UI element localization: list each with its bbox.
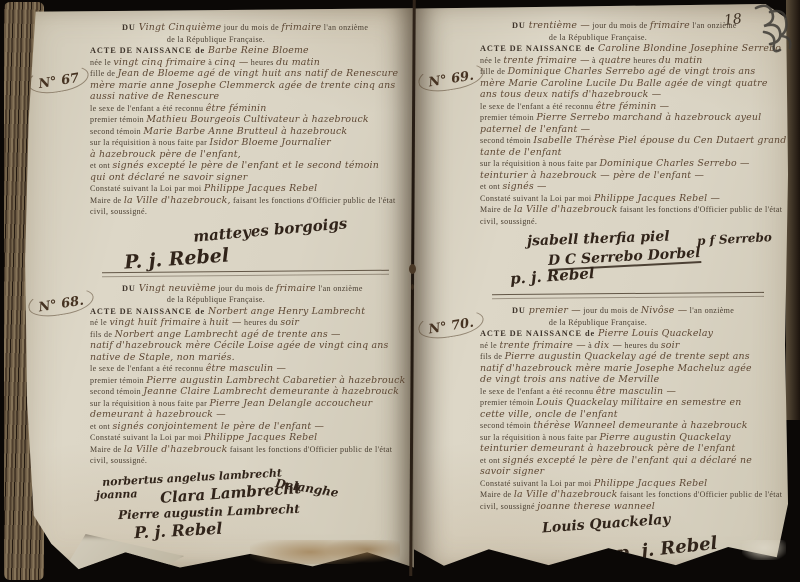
handwritten-text: qui ont déclaré ne savoir signer: [90, 172, 248, 183]
act-line: premier témoin Pierre Serrebo marchand à…: [480, 112, 776, 124]
printed-text: de la République Française.: [549, 33, 647, 42]
act-text: DU trentième — jour du mois de frimaire …: [480, 20, 776, 227]
handwritten-text: la Ville d'hazebrouck,: [124, 195, 231, 206]
handwritten-text: Pierre Jean Delangle accoucheur: [209, 398, 372, 409]
handwritten-text: trente frimaire —: [499, 340, 585, 351]
act-line: le sexe de l'enfant a été reconnu être f…: [480, 101, 776, 113]
printed-text: l'an onzième: [321, 23, 368, 32]
act-divider: [492, 292, 764, 299]
handwritten-text: Philippe Jacques Rebel —: [594, 193, 720, 204]
signature: jsabell therfia piel: [527, 229, 670, 250]
act-line: et ont signés excepté le père de l'enfan…: [90, 160, 402, 172]
handwritten-text: Philippe Jacques Rebel: [594, 478, 707, 489]
handwritten-text: Pierre augustin Lambrecht Cabaretier à h…: [146, 375, 405, 386]
printed-text: premier témoin: [90, 376, 146, 385]
printed-text: fille de: [480, 67, 508, 76]
printed-text: Constaté suivant la Loi par moi: [480, 479, 594, 488]
printed-text: le sexe de l'enfant a été reconnu: [90, 364, 206, 373]
signature: P. j. Rebel: [133, 518, 222, 542]
act-line: ACTE DE NAISSANCE de Barbe Reine Bloeme: [90, 45, 402, 57]
act-line: Constaté suivant la Loi par moi Philippe…: [90, 183, 402, 195]
signature: p f Serrebo: [696, 230, 772, 248]
printed-text: et ont: [480, 182, 502, 191]
printed-text: sur la réquisition à nous faite par: [480, 433, 599, 442]
ink-scribble-icon: [736, 2, 794, 62]
printed-text: Maire de: [480, 490, 514, 499]
printed-text: second témoin: [480, 421, 533, 430]
act-line: et ont signés —: [480, 181, 776, 193]
handwritten-text: de vingt trois ans native de Merville: [480, 374, 659, 385]
printed-text: sur la réquisition à nous faite par: [480, 159, 599, 168]
act-line: né le vingt huit frimaire à huit — heure…: [90, 317, 402, 329]
printed-text: le sexe de l'enfant a été reconnu: [480, 102, 596, 111]
handwritten-text: Jeanne Claire Lambrecht demeurante à haz…: [143, 386, 399, 397]
printed-text: ACTE DE NAISSANCE de: [90, 46, 208, 55]
printed-text: civil, soussigné: [480, 502, 537, 511]
act-line: sur la réquisition à nous faite par Domi…: [480, 158, 776, 170]
printed-text: le sexe de l'enfant a été reconnu: [480, 387, 596, 396]
act-line: teinturier à hazebrouck — père de l'enfa…: [480, 170, 776, 182]
act-line: de la République Française.: [480, 32, 776, 44]
printed-text: le sexe de l'enfant a été reconnu: [90, 104, 206, 113]
printed-text: second témoin: [90, 387, 143, 396]
signature: joanna: [96, 487, 138, 501]
handwritten-text: du matin: [276, 57, 320, 68]
handwritten-text: Norbert ange Henry Lambrecht: [208, 306, 365, 317]
act-line: premier témoin Louis Quackelay militaire…: [480, 397, 776, 409]
handwritten-text: la Ville d'hazebrouck: [514, 204, 618, 215]
printed-text: née le: [90, 58, 113, 67]
act-line: Constaté suivant la Loi par moi Philippe…: [480, 193, 776, 205]
act-line: ans tous deux natifs d'hazebrouck —: [480, 89, 776, 101]
act-margin-number: N° 67: [26, 61, 90, 96]
handwritten-text: la Ville d'hazebrouck: [124, 444, 228, 455]
handwritten-text: mère Marie Caroline Lucile Du Balle agée…: [480, 78, 768, 89]
printed-text: second témoin: [480, 136, 533, 145]
right-page-content: N° 69. DU trentième — jour du mois de fr…: [414, 4, 788, 558]
act-line: ACTE DE NAISSANCE de Caroline Blondine J…: [480, 43, 776, 55]
handwritten-text: frimaire: [281, 22, 321, 33]
handwritten-text: être masculin —: [596, 386, 676, 397]
act-line: demeurant à hazebrouck —: [90, 409, 402, 421]
printed-text: jour du mois de: [216, 284, 276, 293]
act-line: cette ville, oncle de l'enfant: [480, 409, 776, 421]
handwritten-text: Norbert ange Lambrecht agé de trente ans…: [115, 329, 341, 340]
handwritten-text: thérèse Wanneel demeurante à hazebrouck: [533, 420, 747, 431]
handwritten-text: quatre: [598, 55, 631, 66]
handwritten-text: la Ville d'hazebrouck: [514, 489, 618, 500]
printed-text: faisant les fonctions d'Officier public …: [618, 205, 783, 214]
handwritten-text: paternel de l'enfant —: [480, 124, 590, 135]
left-page: N° 67 DU Vingt Cinquième jour du mois de…: [24, 6, 414, 572]
handwritten-text: Vingt neuvième: [139, 283, 216, 294]
handwritten-text: Dominique Charles Serrebo agé de vingt t…: [508, 66, 756, 77]
act-line: le sexe de l'enfant a été reconnu être m…: [480, 386, 776, 398]
act-text: DU premier — jour du mois de Nivôse — l'…: [480, 305, 776, 512]
handwritten-text: signés conjointement le père de l'enfant…: [112, 421, 324, 432]
handwritten-text: native de Staple, non mariés.: [90, 352, 235, 363]
act-line: né le trente frimaire — à dix — heures d…: [480, 340, 776, 352]
handwritten-text: frimaire: [276, 283, 316, 294]
handwritten-text: du matin: [659, 55, 703, 66]
handwritten-text: demeurant à hazebrouck —: [90, 409, 226, 420]
signature: Louis Quackelay: [542, 512, 671, 537]
handwritten-text: Pierre Louis Quackelay: [598, 328, 713, 339]
printed-text: à: [206, 58, 215, 67]
printed-text: premier témoin: [480, 113, 536, 122]
handwritten-text: teinturier à hazebrouck — père de l'enfa…: [480, 170, 704, 181]
handwritten-text: Vingt Cinquième: [139, 22, 222, 33]
printed-text: l'an onzième: [687, 306, 734, 315]
handwritten-text: être féminin: [206, 103, 267, 114]
act-text: DU Vingt Cinquième jour du mois de frima…: [90, 22, 402, 218]
act-line: sur la réquisition à nous faite par Pier…: [480, 432, 776, 444]
printed-text: fils de: [480, 352, 505, 361]
handwritten-text: huit —: [209, 317, 241, 328]
act-line: le sexe de l'enfant a été reconnu être m…: [90, 363, 402, 375]
printed-text: de la République Française.: [167, 295, 265, 304]
printed-text: à: [590, 56, 599, 65]
handwritten-text: Pierre augustin Quackelay agé de trente …: [505, 351, 750, 362]
handwritten-text: soir: [661, 340, 680, 351]
handwritten-text: tante de l'enfant: [480, 147, 562, 158]
paper-stain: [250, 540, 400, 564]
act-line: DU Vingt Cinquième jour du mois de frima…: [90, 22, 402, 34]
printed-text: Constaté suivant la Loi par moi: [90, 433, 204, 442]
act-line: de vingt trois ans native de Merville: [480, 374, 776, 386]
printed-text: heures: [631, 56, 659, 65]
handwritten-text: vingt cinq frimaire: [113, 57, 206, 68]
act-line: civil, soussigné.: [480, 216, 776, 228]
printed-text: et ont: [90, 422, 112, 431]
printed-text: DU: [512, 21, 529, 30]
signatures-block: jsabell therfia pielp f SerreboD C Serre…: [480, 227, 776, 288]
printed-text: Maire de: [90, 196, 124, 205]
handwritten-text: premier —: [529, 305, 581, 316]
printed-text: heures du: [242, 318, 281, 327]
act-text: DU Vingt neuvième jour du mois de frimai…: [90, 283, 402, 467]
act-line: second témoin Isabelle Thérèse Piel épou…: [480, 135, 776, 147]
act-line: savoir signer: [480, 466, 776, 478]
handwritten-text: joanne therese wanneel: [537, 501, 655, 512]
act-line: Constaté suivant la Loi par moi Philippe…: [90, 432, 402, 444]
act-line: née le trente frimaire — à quatre heures…: [480, 55, 776, 67]
signature: p. j. Rebel: [509, 264, 595, 288]
handwritten-text: ans tous deux natifs d'hazebrouck —: [480, 89, 661, 100]
printed-text: l'an onzième: [316, 284, 363, 293]
printed-text: DU: [512, 306, 529, 315]
act-line: sur la réquisition à nous faite par Pier…: [90, 398, 402, 410]
printed-text: née le: [480, 56, 503, 65]
act-line: le sexe de l'enfant a été reconnu être f…: [90, 103, 402, 115]
printed-text: jour du mois de: [581, 306, 641, 315]
handwritten-text: Isabelle Thérèse Piel épouse du Cen Duta…: [533, 135, 786, 146]
printed-text: faisant les fonctions d'Officier public …: [618, 490, 783, 499]
handwritten-text: Marie Barbe Anne Brutteul à hazebrouck: [143, 126, 347, 137]
handwritten-text: teinturier demeurant à hazebrouck père d…: [480, 443, 735, 454]
handwritten-text: cinq —: [215, 57, 249, 68]
handwritten-text: trentième —: [529, 20, 590, 31]
handwritten-text: aussi native de Renescure: [90, 91, 219, 102]
printed-text: à: [201, 318, 210, 327]
act-line: second témoin Marie Barbe Anne Brutteul …: [90, 126, 402, 138]
birth-act: N° 70. DU premier — jour du mois de Nivô…: [480, 305, 776, 558]
act-line: fils de Norbert ange Lambrecht agé de tr…: [90, 329, 402, 341]
act-line: civil, soussigné joanne therese wanneel: [480, 501, 776, 513]
act-line: Maire de la Ville d'hazebrouck faisant l…: [480, 204, 776, 216]
act-line: mère Marie Caroline Lucile Du Balle agée…: [480, 78, 776, 90]
printed-text: second témoin: [90, 127, 143, 136]
handwritten-text: Mathieu Bourgeois Cultivateur à hazebrou…: [146, 114, 368, 125]
act-line: mère marie anne Josephe Clemmerck agée d…: [90, 80, 402, 92]
act-line: native de Staple, non mariés.: [90, 352, 402, 364]
act-line: ACTE DE NAISSANCE de Norbert ange Henry …: [90, 306, 402, 318]
act-line: Maire de la Ville d'hazebrouck faisant l…: [480, 489, 776, 501]
act-line: qui ont déclaré ne savoir signer: [90, 172, 402, 184]
printed-text: sur la réquisition à nous faite par: [90, 399, 209, 408]
act-line: née le vingt cinq frimaire à cinq — heur…: [90, 57, 402, 69]
act-line: Constaté suivant la Loi par moi Philippe…: [480, 478, 776, 490]
handwritten-text: signés excepté le père de l'enfant et le…: [112, 160, 379, 171]
right-page-edges: [786, 0, 800, 420]
act-line: paternel de l'enfant —: [480, 124, 776, 136]
handwritten-text: Jean de Bloeme agé de vingt huit ans nat…: [118, 68, 399, 79]
act-line: teinturier demeurant à hazebrouck père d…: [480, 443, 776, 455]
printed-text: heures: [248, 58, 276, 67]
act-margin-number: N° 68.: [26, 284, 95, 320]
signatures-block: matteyes borgoigsP. j. Rebel: [90, 218, 402, 266]
binding-stitch: [409, 264, 416, 274]
act-line: et ont signés excepté le père de l'enfan…: [480, 455, 776, 467]
printed-text: né le: [480, 341, 499, 350]
handwritten-text: vingt huit frimaire: [109, 317, 200, 328]
printed-text: ACTE DE NAISSANCE de: [90, 307, 208, 316]
act-line: fils de Pierre augustin Quackelay agé de…: [480, 351, 776, 363]
act-line: Maire de la Ville d'hazebrouck faisant l…: [90, 444, 402, 456]
handwritten-text: signés —: [502, 181, 546, 192]
birth-act: N° 69. DU trentième — jour du mois de fr…: [480, 20, 776, 288]
act-margin-number: N° 69.: [416, 59, 485, 95]
act-line: aussi native de Renescure: [90, 91, 402, 103]
act-line: second témoin Jeanne Claire Lambrecht de…: [90, 386, 402, 398]
printed-text: premier témoin: [90, 115, 146, 124]
act-line: fille de Jean de Bloeme agé de vingt hui…: [90, 68, 402, 80]
paper-fragment: [742, 540, 786, 560]
act-line: civil, soussigné.: [90, 206, 402, 218]
printed-text: jour du mois de: [590, 21, 650, 30]
signatures-block: norbertus angelus lambrechtjoannaClara L…: [90, 465, 402, 543]
act-line: de la République Française.: [480, 317, 776, 329]
handwritten-text: natif d'hazebrouck mère marie Josephe Ma…: [480, 363, 752, 374]
left-page-content: N° 67 DU Vingt Cinquième jour du mois de…: [24, 6, 414, 543]
act-line: tante de l'enfant: [480, 147, 776, 159]
printed-text: de la République Française.: [549, 318, 647, 327]
act-line: sur la réquisition à nous faite par Isid…: [90, 137, 402, 149]
act-margin-number: N° 70.: [416, 306, 485, 342]
act-line: DU premier — jour du mois de Nivôse — l'…: [480, 305, 776, 317]
right-page: N° 69. DU trentième — jour du mois de fr…: [414, 4, 788, 572]
act-line: ACTE DE NAISSANCE de Pierre Louis Quacke…: [480, 328, 776, 340]
printed-text: fille de: [90, 69, 118, 78]
act-line: fille de Dominique Charles Serrebo agé d…: [480, 66, 776, 78]
printed-text: et ont: [480, 456, 502, 465]
printed-text: de la République Française.: [167, 35, 265, 44]
handwritten-text: frimaire: [650, 20, 690, 31]
printed-text: civil, soussigné.: [90, 207, 147, 216]
handwritten-text: Louis Quackelay militaire en semestre en: [536, 397, 741, 408]
printed-text: faisant les fonctions d'Officier public …: [231, 196, 396, 205]
birth-act: N° 67 DU Vingt Cinquième jour du mois de…: [90, 22, 402, 266]
printed-text: ACTE DE NAISSANCE de: [480, 44, 598, 53]
handwritten-text: Nivôse —: [641, 305, 687, 316]
handwritten-text: Barbe Reine Bloeme: [208, 45, 309, 56]
printed-text: Maire de: [90, 445, 124, 454]
act-line: premier témoin Mathieu Bourgeois Cultiva…: [90, 114, 402, 126]
handwritten-text: mère marie anne Josephe Clemmerck agée d…: [90, 80, 395, 91]
act-line: à hazebrouck père de l'enfant,: [90, 149, 402, 161]
handwritten-text: dix —: [594, 340, 622, 351]
handwritten-text: Isidor Bloeme Journalier: [209, 137, 331, 148]
printed-text: sur la réquisition à nous faite par: [90, 138, 209, 147]
handwritten-text: Dominique Charles Serrebo —: [599, 158, 749, 169]
printed-text: Maire de: [480, 205, 514, 214]
printed-text: fils de: [90, 330, 115, 339]
printed-text: ACTE DE NAISSANCE de: [480, 329, 598, 338]
printed-text: Constaté suivant la Loi par moi: [90, 184, 204, 193]
printed-text: DU: [122, 23, 139, 32]
printed-text: DU: [122, 284, 139, 293]
handwritten-text: cette ville, oncle de l'enfant: [480, 409, 618, 420]
act-line: natif d'hazebrouck mère marie Josephe Ma…: [480, 363, 776, 375]
act-line: de la République Française.: [90, 294, 402, 306]
act-line: natif d'hazebrouck mère Cécile Loise agé…: [90, 340, 402, 352]
act-line: premier témoin Pierre augustin Lambrecht…: [90, 375, 402, 387]
handwritten-text: natif d'hazebrouck mère Cécile Loise agé…: [90, 340, 389, 351]
handwritten-text: être masculin —: [206, 363, 286, 374]
handwritten-text: trente frimaire —: [503, 55, 589, 66]
printed-text: jour du mois de: [221, 23, 281, 32]
printed-text: et ont: [90, 161, 112, 170]
act-line: Maire de la Ville d'hazebrouck, faisant …: [90, 195, 402, 207]
act-line: et ont signés conjointement le père de l…: [90, 421, 402, 433]
printed-text: faisant les fonctions d'Officier public …: [228, 445, 393, 454]
printed-text: civil, soussigné.: [480, 217, 537, 226]
handwritten-text: Pierre augustin Quackelay: [599, 432, 730, 443]
handwritten-text: à hazebrouck père de l'enfant,: [90, 149, 241, 160]
printed-text: heures du: [622, 341, 661, 350]
birth-act: N° 68. DU Vingt neuvième jour du mois de…: [90, 283, 402, 543]
act-line: second témoin thérèse Wanneel demeurante…: [480, 420, 776, 432]
act-line: de la République Française.: [90, 34, 402, 46]
handwritten-text: Philippe Jacques Rebel: [204, 183, 317, 194]
printed-text: né le: [90, 318, 109, 327]
handwritten-text: signés excepté le père de l'enfant qui a…: [502, 455, 752, 466]
handwritten-text: être féminin —: [596, 101, 669, 112]
act-line: DU Vingt neuvième jour du mois de frimai…: [90, 283, 402, 295]
printed-text: Constaté suivant la Loi par moi: [480, 194, 594, 203]
printed-text: premier témoin: [480, 398, 536, 407]
handwritten-text: Philippe Jacques Rebel: [204, 432, 317, 443]
handwritten-text: soir: [280, 317, 299, 328]
handwritten-text: Pierre Serrebo marchand à hazebrouck aye…: [536, 112, 761, 123]
signatures-block: Louis Quackelayp. j. Rebel: [480, 512, 776, 558]
handwritten-text: savoir signer: [480, 466, 544, 477]
